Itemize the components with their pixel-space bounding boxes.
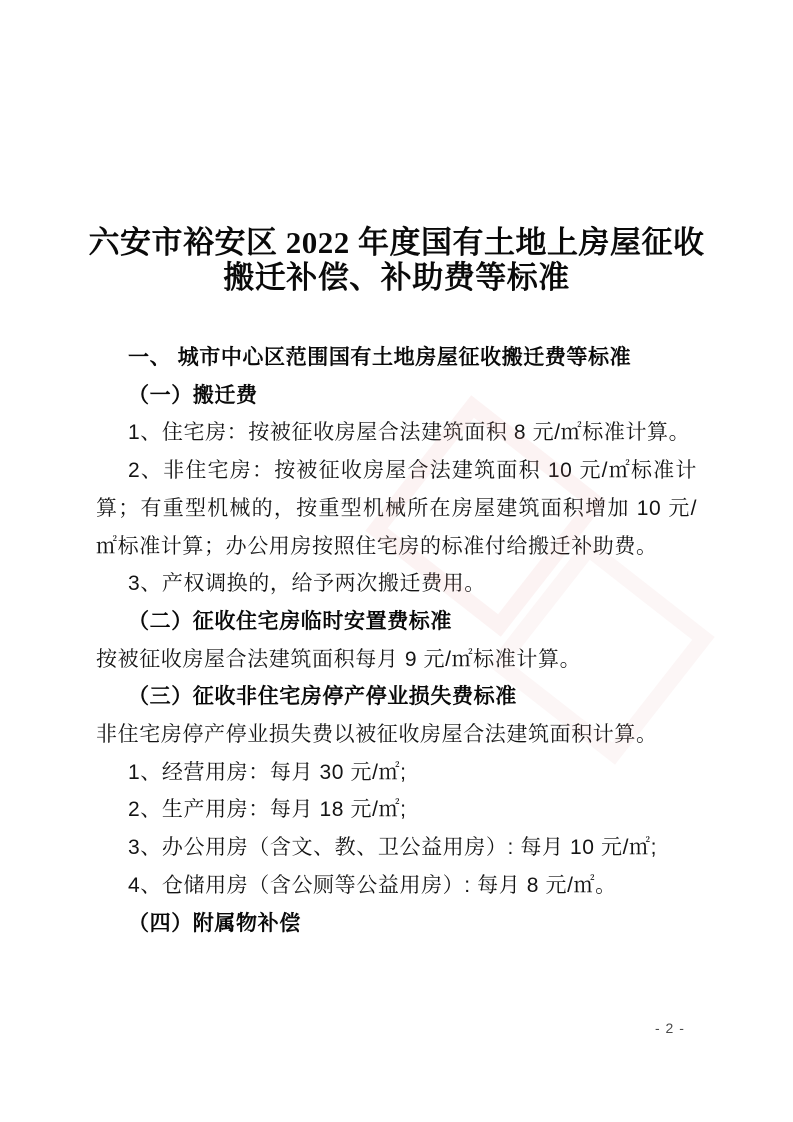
page-number: - 2 -: [655, 1018, 685, 1038]
item-production-housing: 2、生产用房：每月 18 元/㎡;: [96, 791, 697, 829]
heading-section-one: 一、 城市中心区范围国有土地房屋征收搬迁费等标准: [96, 339, 697, 377]
document-title-line2: 搬迁补偿、补助费等标准: [0, 260, 793, 295]
document-body: 一、 城市中心区范围国有土地房屋征收搬迁费等标准 （一）搬迁费 1、住宅房：按被…: [96, 339, 697, 942]
item-property-exchange: 3、产权调换的，给予两次搬迁费用。: [96, 565, 697, 603]
item-nonresidential-relocation: 2、非住宅房：按被征收房屋合法建筑面积 10 元/㎡标准计算；有重型机械的，按重…: [96, 452, 697, 565]
item-commercial-housing: 1、经营用房：每月 30 元/㎡;: [96, 754, 697, 792]
heading-sub-temporary-resettlement: （二）征收住宅房临时安置费标准: [96, 603, 697, 641]
heading-sub-business-loss: （三）征收非住宅房停产停业损失费标准: [96, 678, 697, 716]
heading-sub-relocation-fee: （一）搬迁费: [96, 377, 697, 415]
document-title: 六安市裕安区 2022 年度国有土地上房屋征收 搬迁补偿、补助费等标准: [0, 0, 793, 295]
para-temporary-resettlement-standard: 按被征收房屋合法建筑面积每月 9 元/㎡标准计算。: [96, 641, 697, 679]
item-residential-relocation: 1、住宅房：按被征收房屋合法建筑面积 8 元/㎡标准计算。: [96, 414, 697, 452]
document-title-line1: 六安市裕安区 2022 年度国有土地上房屋征收: [0, 225, 793, 260]
document-page: 六安市裕安区 2022 年度国有土地上房屋征收 搬迁补偿、补助费等标准 一、 城…: [0, 0, 793, 1122]
para-business-loss-basis: 非住宅房停产停业损失费以被征收房屋合法建筑面积计算。: [96, 716, 697, 754]
item-office-housing: 3、办公用房（含文、教、卫公益用房）: 每月 10 元/㎡;: [96, 829, 697, 867]
item-warehouse-housing: 4、仓储用房（含公厕等公益用房）: 每月 8 元/㎡。: [96, 867, 697, 905]
heading-sub-attachment-compensation: （四）附属物补偿: [96, 905, 697, 943]
